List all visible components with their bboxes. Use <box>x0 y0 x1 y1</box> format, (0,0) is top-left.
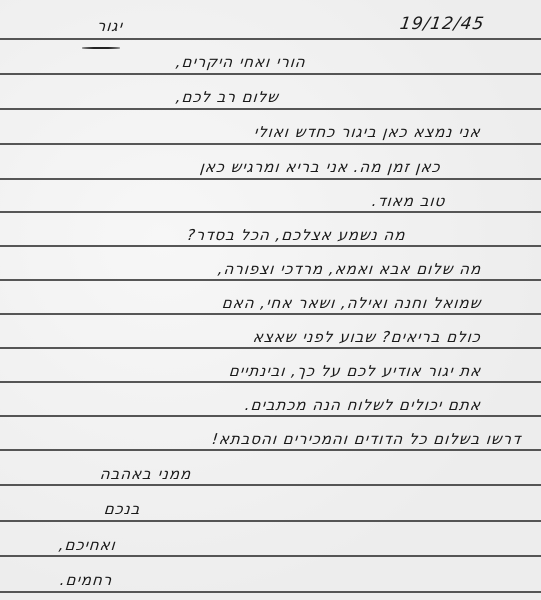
letter-place: יגור <box>96 17 124 35</box>
body-line: מה שלום אבא ואמא, מרדכי וצפורה, <box>217 260 482 278</box>
letter-paper: יגור 19/12/45 הורי ואחי היקרים, שלום רב … <box>0 0 541 600</box>
salutation-line: הורי ואחי היקרים, <box>175 53 307 71</box>
signature: רחמים. <box>60 571 114 589</box>
ruled-line <box>0 591 541 593</box>
ruled-line <box>0 381 541 383</box>
body-line: כאן זמן מה. אני בריא ומרגיש כאן <box>199 158 442 176</box>
ruled-line <box>0 279 541 281</box>
ruled-line <box>0 143 541 145</box>
closing-line: בנכם <box>103 500 141 518</box>
ruled-line <box>0 449 541 451</box>
ruled-line <box>0 555 541 557</box>
body-line: שמואל וחנה ואילה, ושאר אחי, האם <box>221 294 482 312</box>
closing-line: ואחיכם, <box>58 536 117 554</box>
ruled-line <box>0 108 541 110</box>
letter-date: 19/12/45 <box>399 14 486 34</box>
ruled-line <box>0 347 541 349</box>
ruled-line <box>0 38 541 40</box>
body-line: את יגור אודיע לכם על כך, ובינתיים <box>228 362 482 380</box>
ruled-line <box>0 313 541 315</box>
body-line: טוב מאוד. <box>372 192 447 210</box>
body-line: דרשו בשלום כל הדודים והמכירים והסבתא! <box>211 430 522 448</box>
ruled-line <box>0 484 541 486</box>
ruled-line <box>0 211 541 213</box>
ruled-line <box>0 178 541 180</box>
body-line: מה נשמע אצלכם, הכל בסדר? <box>186 226 407 244</box>
ruled-line <box>0 520 541 522</box>
ruled-line <box>0 73 541 75</box>
ruled-line <box>0 245 541 247</box>
body-line: כולם בריאים? שבוע לפני שאצא <box>252 328 482 346</box>
salutation-line: שלום רב לכם, <box>175 88 280 106</box>
closing-line: ממני באהבה <box>99 465 192 483</box>
ruled-line <box>0 415 541 417</box>
place-underline <box>82 47 120 49</box>
body-line: אני נמצא כאן ביגור כחדש ואולי <box>253 123 482 141</box>
body-line: אתם יכולים לשלוח הנה מכתבים. <box>244 396 482 414</box>
